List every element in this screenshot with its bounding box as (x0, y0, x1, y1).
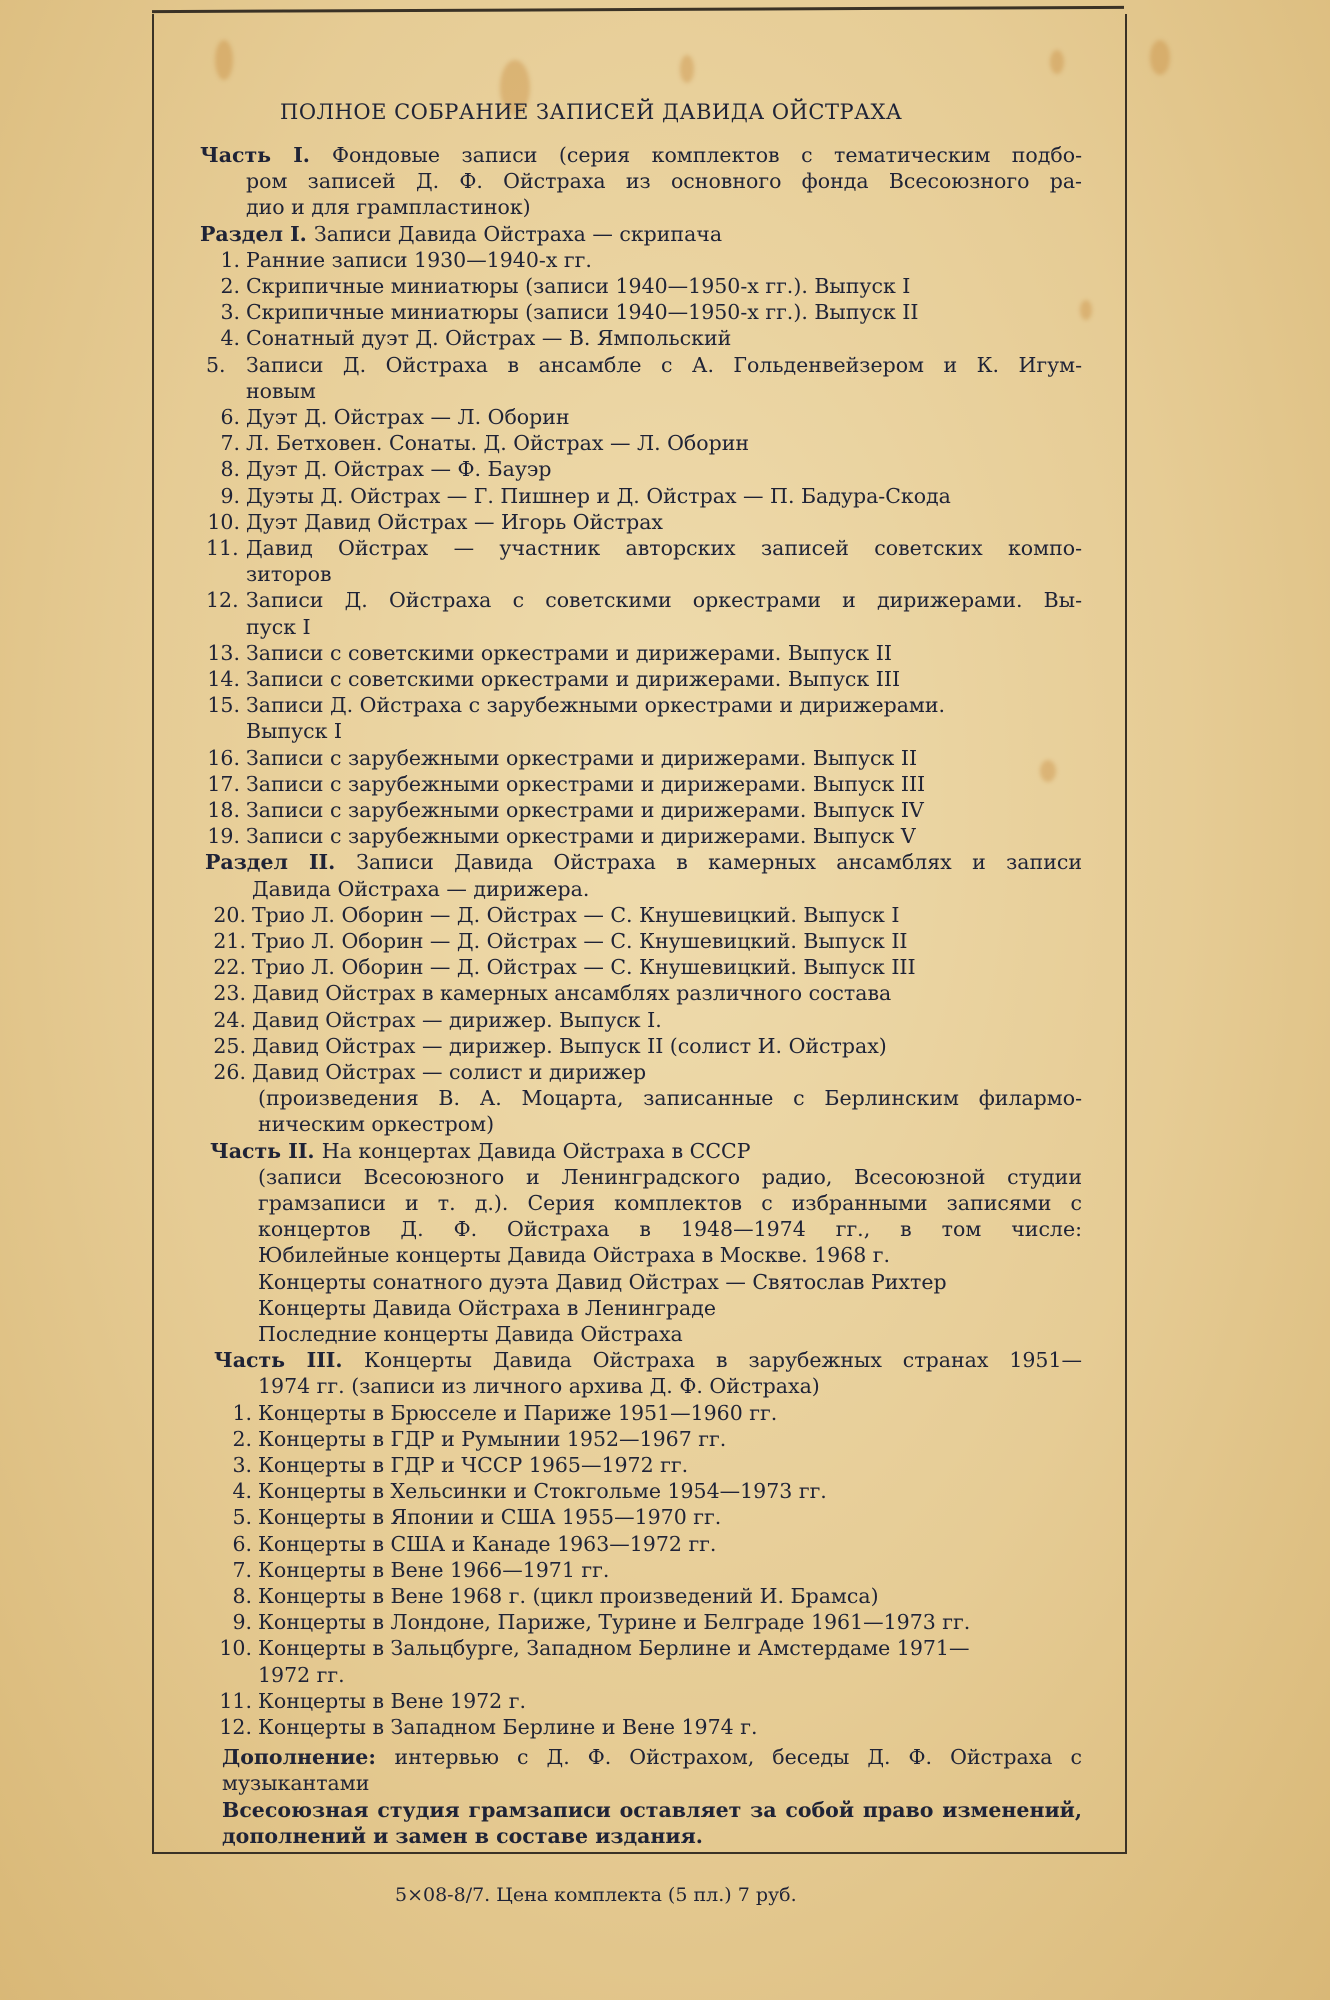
list-item: 6.Дуэт Д. Ойстрах — Л. Оборин (246, 405, 570, 431)
list-item: 3.Скрипичные миниатюры (записи 1940—1950… (246, 300, 918, 326)
item-number: 11. (218, 1689, 252, 1715)
part-1-heading: Часть I. Фондовые записи (серия комплект… (200, 143, 1082, 169)
concert-item: 4.Концерты в Хельсинки и Стокгольме 1954… (258, 1479, 827, 1505)
part-2-line: грамзаписи и т. д.). Серия комплектов с … (258, 1191, 1082, 1217)
item-number: 10. (218, 1636, 252, 1662)
item-number: 20. (212, 903, 246, 929)
item-number: 14. (206, 667, 240, 693)
frame-top-rule (152, 6, 1124, 13)
item-number: 26. (212, 1060, 246, 1086)
list-item: 14.Записи с советскими оркестрами и дири… (246, 667, 900, 693)
list-item: 15.Записи Д. Ойстраха с зарубежными орке… (246, 693, 945, 719)
list-item: 25.Давид Ойстрах — дирижер. Выпуск II (с… (252, 1034, 887, 1060)
list-item: 16.Записи с зарубежными оркестрами и дир… (246, 746, 917, 772)
concert-item: 9.Концерты в Лондоне, Париже, Турине и Б… (258, 1610, 970, 1636)
item-number: 8. (218, 1584, 252, 1610)
item-number: 5. (206, 353, 240, 379)
concert-item: 6.Концерты в США и Канаде 1963—1972 гг. (258, 1532, 716, 1558)
section-1-heading: Раздел I. Записи Давида Ойстраха — скрип… (200, 222, 722, 248)
list-item-cont: зиторов (246, 562, 332, 588)
item-number: 3. (218, 1453, 252, 1479)
part-2-line: (записи Всесоюзного и Ленинградского рад… (258, 1165, 1082, 1191)
item-number: 15. (206, 693, 240, 719)
price-footer: 5×08-8/7. Цена комплекта (5 пл.) 7 руб. (395, 1884, 797, 1906)
item-number: 3. (206, 300, 240, 326)
item-number: 4. (206, 326, 240, 352)
item-number: 5. (218, 1505, 252, 1531)
part-3-heading: Часть III. Концерты Давида Ойстраха в за… (214, 1348, 1082, 1374)
list-item-cont: ническим оркестром) (258, 1112, 494, 1138)
publisher-notice: Всесоюзная студия грамзаписи оставляет з… (222, 1798, 1082, 1824)
part-2-line: Концерты сонатного дуэта Давид Ойстрах —… (258, 1270, 947, 1296)
list-item: 23.Давид Ойстрах в камерных ансамблях ра… (252, 981, 891, 1007)
list-item: 21.Трио Л. Оборин — Д. Ойстрах — С. Кнуш… (252, 929, 908, 955)
list-item: 20.Трио Л. Оборин — Д. Ойстрах — С. Кнуш… (252, 903, 899, 929)
part-2-line: Концерты Давида Ойстраха в Ленинграде (258, 1296, 716, 1322)
supplement-cont: музыкантами (222, 1771, 369, 1797)
item-number: 21. (212, 929, 246, 955)
concert-item: 12.Концерты в Западном Берлине и Вене 19… (258, 1715, 757, 1741)
item-number: 1. (206, 248, 240, 274)
list-item-cont: пуск I (246, 615, 311, 641)
section-2-label: Раздел II. (205, 850, 356, 874)
list-item: 19.Записи с зарубежными оркестрами и дир… (246, 824, 916, 850)
list-item: 5.Записи Д. Ойстраха в ансамбле с А. Гол… (246, 353, 1082, 379)
list-item: 9.Дуэты Д. Ойстрах — Г. Пишнер и Д. Ойст… (246, 484, 951, 510)
item-number: 19. (206, 824, 240, 850)
concert-item: 7.Концерты в Вене 1966—1971 гг. (258, 1558, 609, 1584)
item-number: 9. (206, 484, 240, 510)
part-2-heading: Часть II. На концертах Давида Ойстраха в… (210, 1139, 751, 1165)
list-item: 12.Записи Д. Ойстраха с советскими оркес… (246, 588, 1082, 614)
list-item-cont: Выпуск I (246, 719, 342, 745)
item-number: 7. (206, 431, 240, 457)
item-number: 1. (218, 1401, 252, 1427)
list-item: 26.Давид Ойстрах — солист и дирижер (252, 1060, 646, 1086)
item-number: 11. (206, 536, 240, 562)
concert-item: 2.Концерты в ГДР и Румынии 1952—1967 гг. (258, 1427, 726, 1453)
list-item-cont: новым (246, 379, 316, 405)
part-3-label: Часть III. (214, 1348, 364, 1372)
list-item: 11.Давид Ойстрах — участник авторских за… (246, 536, 1082, 562)
item-number: 2. (218, 1427, 252, 1453)
item-number: 12. (206, 588, 240, 614)
item-number: 4. (218, 1479, 252, 1505)
list-item-cont: (произведения В. А. Моцарта, записанные … (258, 1086, 1082, 1112)
item-number: 6. (218, 1532, 252, 1558)
supplement-label: Дополнение: (222, 1745, 395, 1769)
list-item: 22.Трио Л. Оборин — Д. Ойстрах — С. Кнуш… (252, 955, 916, 981)
list-item: 8.Дуэт Д. Ойстрах — Ф. Бауэр (246, 457, 552, 483)
item-number: 17. (206, 772, 240, 798)
item-number: 2. (206, 274, 240, 300)
item-number: 16. (206, 746, 240, 772)
concert-item: 11.Концерты в Вене 1972 г. (258, 1689, 526, 1715)
section-1-label: Раздел I. (200, 222, 314, 246)
part-3-heading-cont: 1974 гг. (записи из личного архива Д. Ф.… (258, 1374, 820, 1400)
list-item: 10.Дуэт Давид Ойстрах — Игорь Ойстрах (246, 510, 663, 536)
item-number: 8. (206, 457, 240, 483)
section-2-heading-cont: Давида Ойстраха — дирижера. (252, 877, 589, 903)
list-item: 7.Л. Бетховен. Сонаты. Д. Ойстрах — Л. О… (246, 431, 749, 457)
concert-item: 1.Концерты в Брюсселе и Париже 1951—1960… (258, 1401, 777, 1427)
item-number: 18. (206, 798, 240, 824)
concert-item: 10.Концерты в Зальцбурге, Западном Берли… (258, 1636, 969, 1662)
item-number: 23. (212, 981, 246, 1007)
section-2-heading: Раздел II. Записи Давида Ойстраха в каме… (205, 850, 1082, 876)
part-1-heading-cont: ром записей Д. Ф. Ойстраха из основного … (246, 169, 1082, 195)
item-number: 25. (212, 1034, 246, 1060)
item-number: 7. (218, 1558, 252, 1584)
part-1-heading-cont: дио и для грампластинок) (246, 195, 531, 221)
list-item: 1.Ранние записи 1930—1940-х гг. (246, 248, 592, 274)
list-item: 4.Сонатный дуэт Д. Ойстрах — В. Ямпольск… (246, 326, 731, 352)
list-item: 18.Записи с зарубежными оркестрами и дир… (246, 798, 924, 824)
concert-item-cont: 1972 гг. (258, 1663, 345, 1689)
part-2-line: Последние концерты Давида Ойстраха (258, 1322, 683, 1348)
item-number: 10. (206, 510, 240, 536)
item-number: 9. (218, 1610, 252, 1636)
item-number: 6. (206, 405, 240, 431)
list-item: 17.Записи с зарубежными оркестрами и дир… (246, 772, 925, 798)
page-title: ПОЛНОЕ СОБРАНИЕ ЗАПИСЕЙ ДАВИДА ОЙСТРАХА (280, 100, 1000, 126)
part-1-label: Часть I. (200, 143, 332, 167)
part-2-line: Юбилейные концерты Давида Ойстраха в Мос… (258, 1243, 890, 1269)
concert-item: 8.Концерты в Вене 1968 г. (цикл произвед… (258, 1584, 879, 1610)
part-2-line: концертов Д. Ф. Ойстраха в 1948—1974 гг.… (258, 1217, 1082, 1243)
part-2-label: Часть II. (210, 1139, 322, 1163)
concert-item: 3.Концерты в ГДР и ЧССР 1965—1972 гг. (258, 1453, 688, 1479)
item-number: 13. (206, 641, 240, 667)
supplement: Дополнение: интервью с Д. Ф. Ойстрахом, … (222, 1745, 1082, 1771)
publisher-notice-cont: дополнений и замен в составе издания. (222, 1824, 703, 1850)
list-item: 13.Записи с советскими оркестрами и дири… (246, 641, 892, 667)
item-number: 12. (218, 1715, 252, 1741)
list-item: 2.Скрипичные миниатюры (записи 1940—1950… (246, 274, 910, 300)
item-number: 24. (212, 1008, 246, 1034)
concert-item: 5.Концерты в Японии и США 1955—1970 гг. (258, 1505, 721, 1531)
list-item: 24.Давид Ойстрах — дирижер. Выпуск I. (252, 1008, 662, 1034)
item-number: 22. (212, 955, 246, 981)
